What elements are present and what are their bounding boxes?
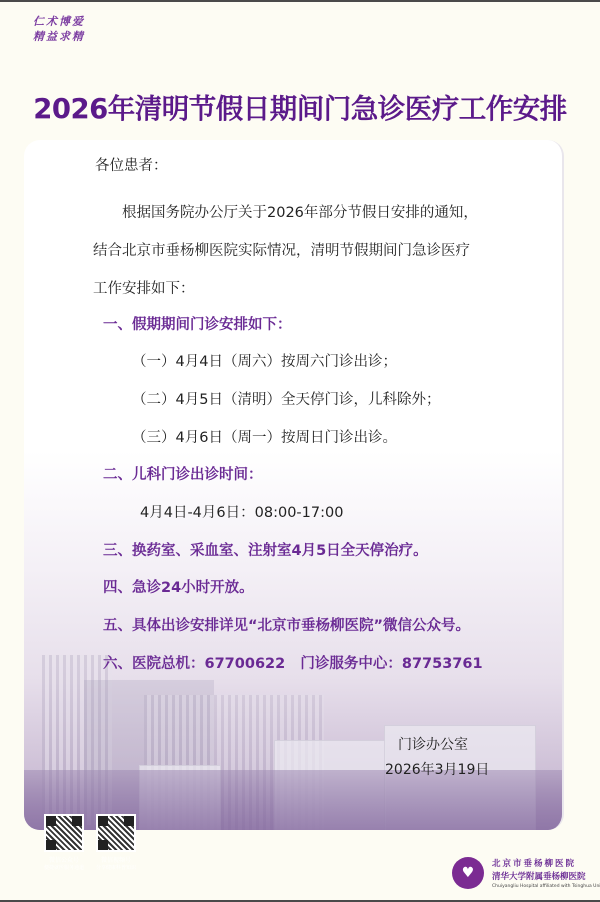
logo-name-line1: 北京市垂杨柳医院 (492, 857, 576, 869)
section-heading-2: 二、儿科门诊出诊时间： (103, 463, 263, 484)
hospital-motto: 仁术博爱 精益求精 (33, 14, 103, 44)
section-heading-6: 六、医院总机：67700622 门诊服务中心：87753761 (103, 652, 483, 673)
intro-line: 根据国务院办公厅关于2026年部分节假日安排的通知， (93, 194, 563, 232)
signature-department: 门诊办公室 (398, 734, 468, 754)
qr-subcaption: 便捷就医服务通道 (34, 864, 94, 871)
hospital-logo: ♥ 北京市垂杨柳医院 清华大学附属垂杨柳医院 Chuiyangliu Hospi… (448, 850, 600, 902)
greeting: 各位患者： (95, 154, 168, 175)
motto-line-2: 精益求精 (33, 29, 103, 44)
schedule-item: （二）4月5日（清明）全天停门诊，儿科除外； (132, 388, 440, 409)
schedule-item: （一）4月4日（周六）按周六门诊出诊； (132, 350, 397, 371)
intro-line: 结合北京市垂杨柳医院实际情况，清明节假期间门急诊医疗 (93, 232, 563, 270)
pediatric-hours: 4月4日-4月6日：08:00-17:00 (140, 501, 343, 522)
qr-caption: 微信视频号 (86, 855, 146, 864)
notice-title: 2026年清明节假日期间门急诊医疗工作安排 (0, 86, 600, 126)
intro-line: 工作安排如下： (93, 270, 563, 308)
signature-date: 2026年3月19日 (385, 759, 489, 779)
qr-code-wechat-official[interactable] (44, 814, 84, 852)
intro-paragraph: 根据国务院办公厅关于2026年部分节假日安排的通知， 结合北京市垂杨柳医院实际情… (93, 194, 563, 308)
motto-line-1: 仁术博爱 (33, 14, 103, 29)
qr-caption: 微信公众号 (34, 855, 94, 864)
hospital-emblem-icon: ♥ (452, 857, 484, 889)
section-heading-3: 三、换药室、采血室、注射室4月5日全天停治疗。 (103, 539, 428, 560)
logo-name-en: Chuiyangliu Hospital affiliated with Tsi… (492, 884, 600, 889)
qr-code-wechat-channel[interactable] (96, 814, 136, 852)
logo-name-line2: 清华大学附属垂杨柳医院 (492, 870, 586, 882)
qr-subcaption: 分享健康科普知识 (86, 864, 146, 871)
section-heading-1: 一、假期期间门诊安排如下： (103, 313, 292, 334)
section-heading-4: 四、急诊24小时开放。 (103, 576, 254, 597)
section-heading-5: 五、具体出诊安排详见“北京市垂杨柳医院”微信公众号。 (103, 614, 470, 635)
schedule-item: （三）4月6日（周一）按周日门诊出诊。 (132, 426, 397, 447)
